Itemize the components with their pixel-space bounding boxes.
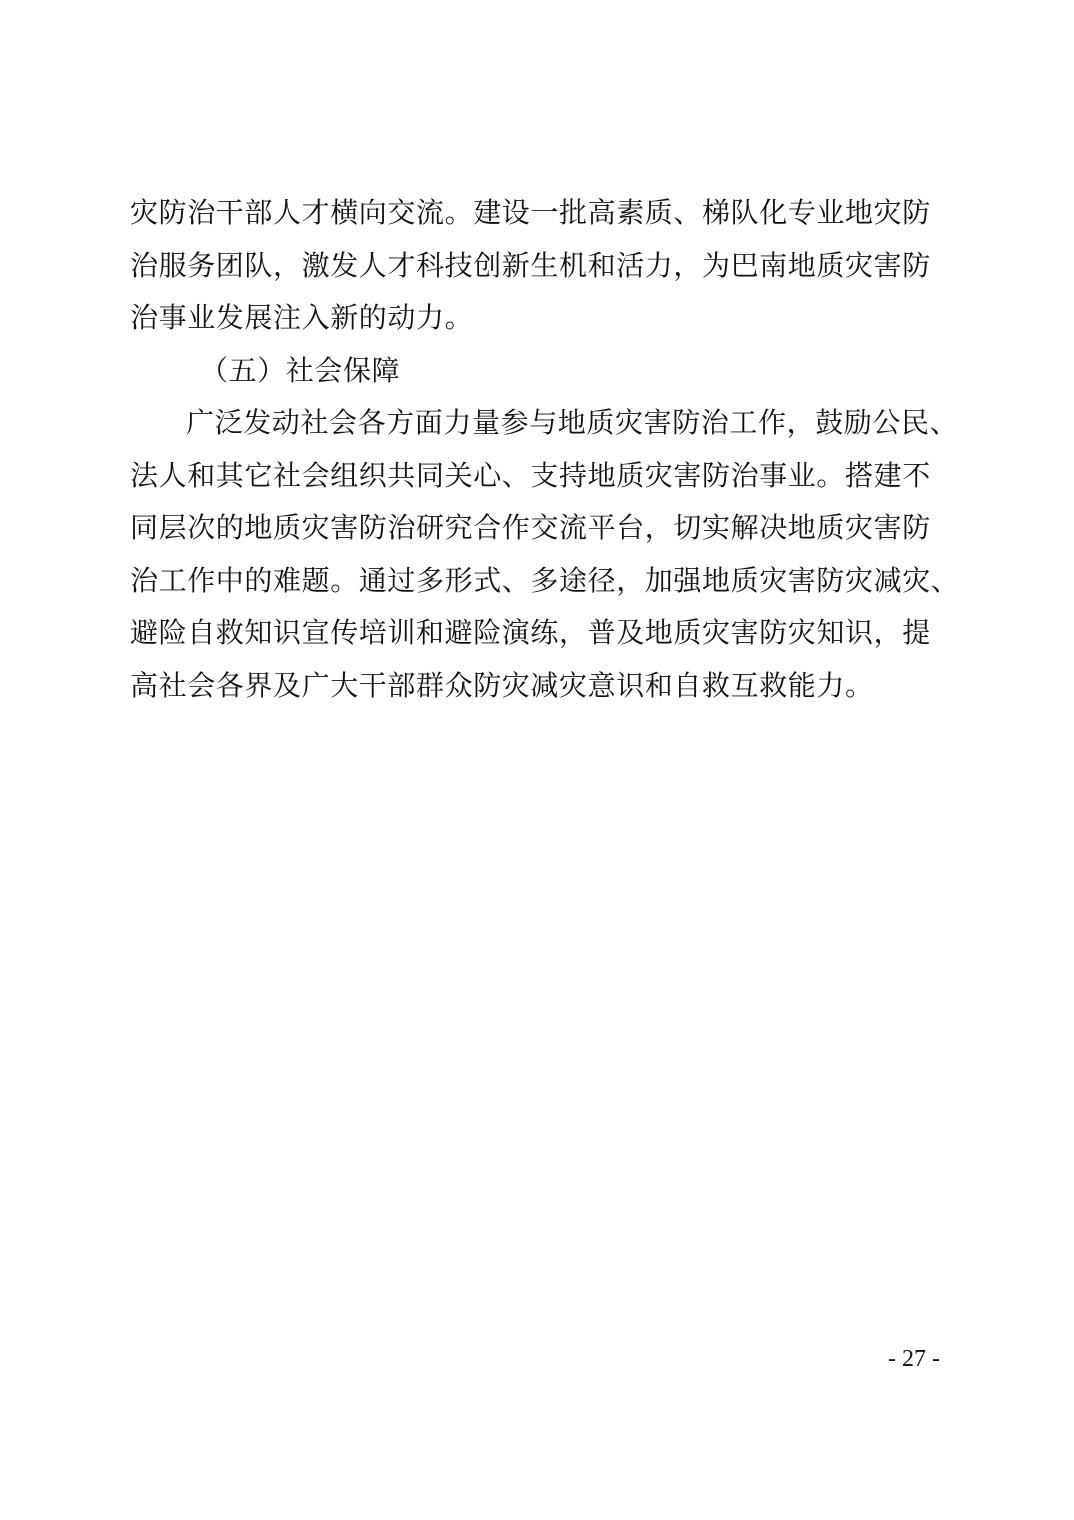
paragraph-line: 同层次的地质灾害防治研究合作交流平台，切实解决地质灾害防 [130,502,945,555]
continuation-paragraph: 灾防治干部人才横向交流。建设一批高素质、梯队化专业地灾防 治服务团队，激发人才科… [130,187,945,345]
paragraph-line: 广泛发动社会各方面力量参与地质灾害防治工作，鼓励公民、 [130,397,945,450]
document-page: 灾防治干部人才横向交流。建设一批高素质、梯队化专业地灾防 治服务团队，激发人才科… [0,0,1074,1520]
paragraph-line: 治服务团队，激发人才科技创新生机和活力，为巴南地质灾害防 [130,240,945,293]
paragraph-line: 治工作中的难题。通过多形式、多途径，加强地质灾害防灾减灾、 [130,555,945,608]
social-security-paragraph: 广泛发动社会各方面力量参与地质灾害防治工作，鼓励公民、 法人和其它社会组织共同关… [130,397,945,712]
page-number: - 27 - [888,1344,940,1374]
paragraph-line: 治事业发展注入新的动力。 [130,292,945,345]
document-body: 灾防治干部人才横向交流。建设一批高素质、梯队化专业地灾防 治服务团队，激发人才科… [130,187,945,712]
section-heading: （五）社会保障 [130,345,945,398]
paragraph-line: 法人和其它社会组织共同关心、支持地质灾害防治事业。搭建不 [130,450,945,503]
paragraph-line: 灾防治干部人才横向交流。建设一批高素质、梯队化专业地灾防 [130,187,945,240]
paragraph-line: 避险自救知识宣传培训和避险演练，普及地质灾害防灾知识，提 [130,607,945,660]
paragraph-line: 高社会各界及广大干部群众防灾减灾意识和自救互救能力。 [130,660,945,713]
